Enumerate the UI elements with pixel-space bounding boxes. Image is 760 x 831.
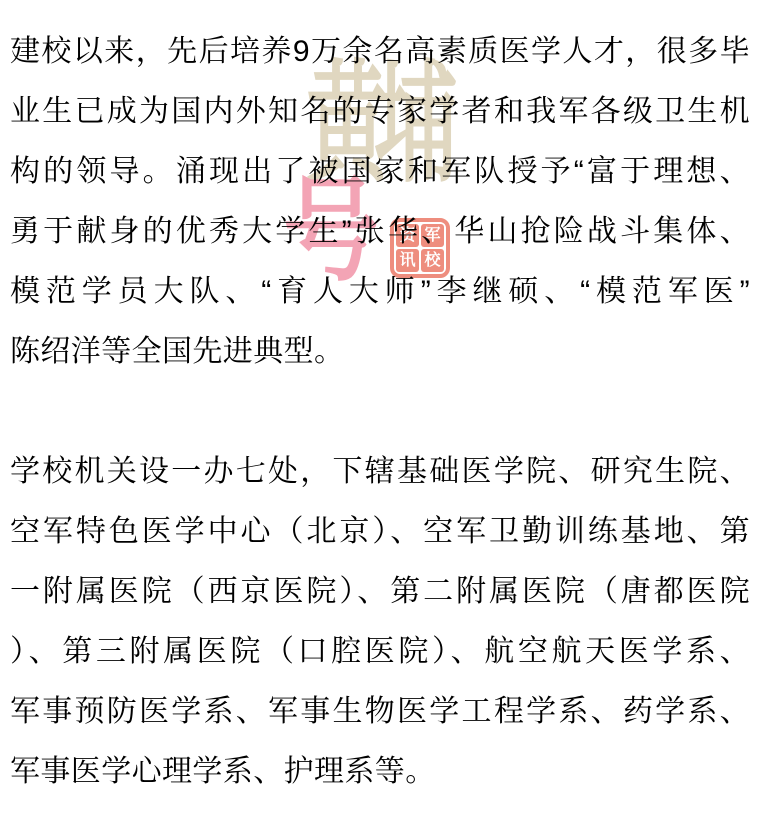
text-line: 学校机关设一办七处，下辖基础医学院、研究生院、: [10, 442, 750, 502]
paragraph-history-achievements: 建校以来，先后培养9万余名高素质医学人才，很多毕业生已成为国内外知名的专家学者和…: [10, 22, 750, 382]
article-body: 建校以来，先后培养9万余名高素质医学人才，很多毕业生已成为国内外知名的专家学者和…: [0, 0, 760, 802]
text-line: 业生已成为国内外知名的专家学者和我军各级卫生机: [10, 82, 750, 142]
text-line: 构的领导。涌现出了被国家和军队授予“富于理想、: [10, 142, 750, 202]
text-line: ）、第三附属医院（口腔医院）、航空航天医学系、: [10, 622, 750, 682]
text-line: 模范学员大队、“育人大师”李继硕、“模范军医”: [10, 262, 750, 322]
text-line: 军事预防医学系、军事生物医学工程学系、药学系、: [10, 682, 750, 742]
text-line: 建校以来，先后培养9万余名高素质医学人才，很多毕: [10, 22, 750, 82]
text-line: 勇于献身的优秀大学生”张华、华山抢险战斗集体、: [10, 202, 750, 262]
text-line: 空军特色医学中心（北京）、空军卫勤训练基地、第: [10, 502, 750, 562]
text-line: 军事医学心理学系、护理系等。: [10, 742, 750, 802]
paragraph-organization-structure: 学校机关设一办七处，下辖基础医学院、研究生院、空军特色医学中心（北京）、空军卫勤…: [10, 442, 750, 802]
text-line: 陈绍洋等全国先进典型。: [10, 322, 750, 382]
text-line: 一附属医院（西京医院）、第二附属医院（唐都医院: [10, 562, 750, 622]
